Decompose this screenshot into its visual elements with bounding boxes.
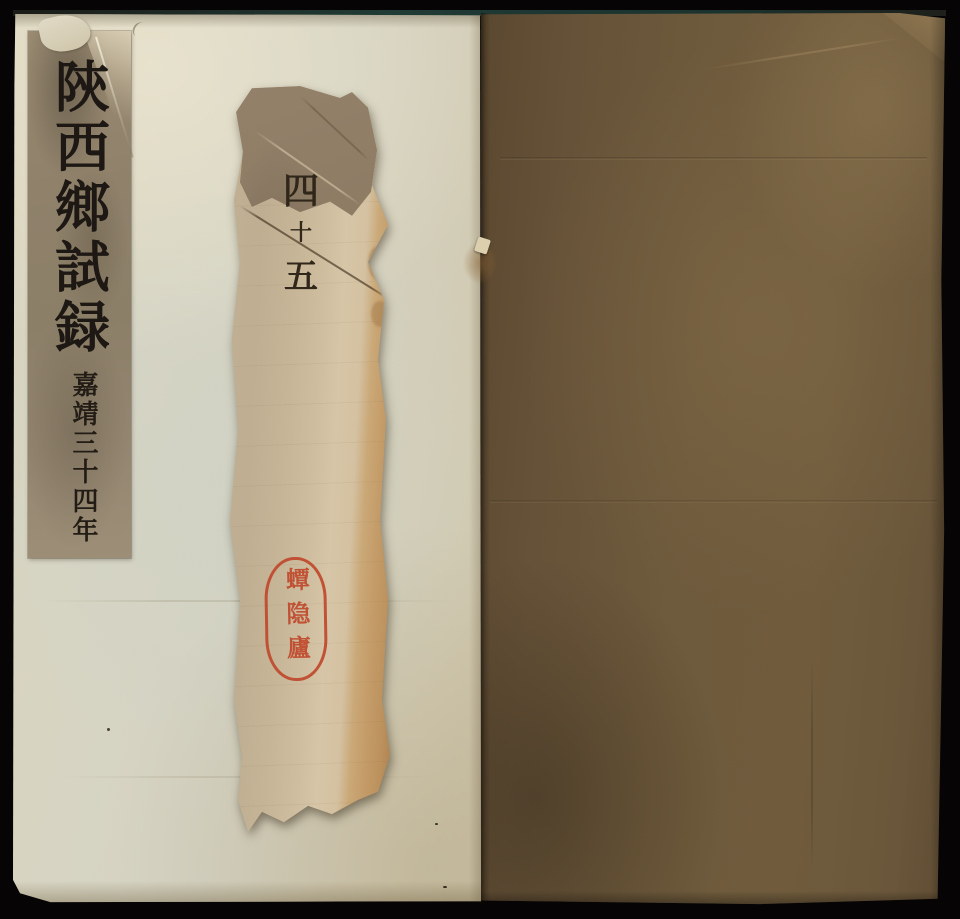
volume-char: 五 — [284, 249, 318, 298]
paper-speck — [107, 728, 110, 731]
photo-frame: 陝西鄉試録 嘉靖三十四年 四 十 五 蟫隐廬 — [0, 0, 960, 919]
volume-char: 四 — [283, 163, 319, 214]
cover-right-shade — [469, 14, 481, 903]
volume-char: 十 — [290, 216, 312, 247]
seal-text: 蟫隐廬 — [283, 560, 309, 678]
cover-seam-shadow — [481, 13, 490, 905]
paper-speck — [435, 823, 438, 825]
wrapper-crease — [811, 653, 813, 873]
wrapper-edge-shadow — [930, 13, 946, 905]
wrapper-crease — [490, 500, 936, 503]
slip-stain — [371, 301, 389, 327]
date-text: 嘉靖三十四年 — [70, 371, 96, 551]
back-wrapper-paper — [481, 13, 946, 905]
title-text: 陝西鄉試録 — [50, 58, 105, 378]
volume-number: 四 十 五 — [219, 163, 383, 298]
collector-seal: 蟫隐廬 — [264, 556, 328, 681]
wrapper-crease — [702, 37, 900, 70]
wrapper-crease — [500, 157, 928, 160]
paper-speck — [443, 886, 447, 888]
title-label: 陝西鄉試録 嘉靖三十四年 — [28, 31, 131, 558]
cover-bottom-shade — [13, 881, 481, 903]
wrapper-edge-shadow — [481, 891, 946, 905]
volume-slip: 四 十 五 蟫隐廬 — [228, 86, 392, 832]
volume-slip-paper: 四 十 五 蟫隐廬 — [228, 86, 392, 832]
